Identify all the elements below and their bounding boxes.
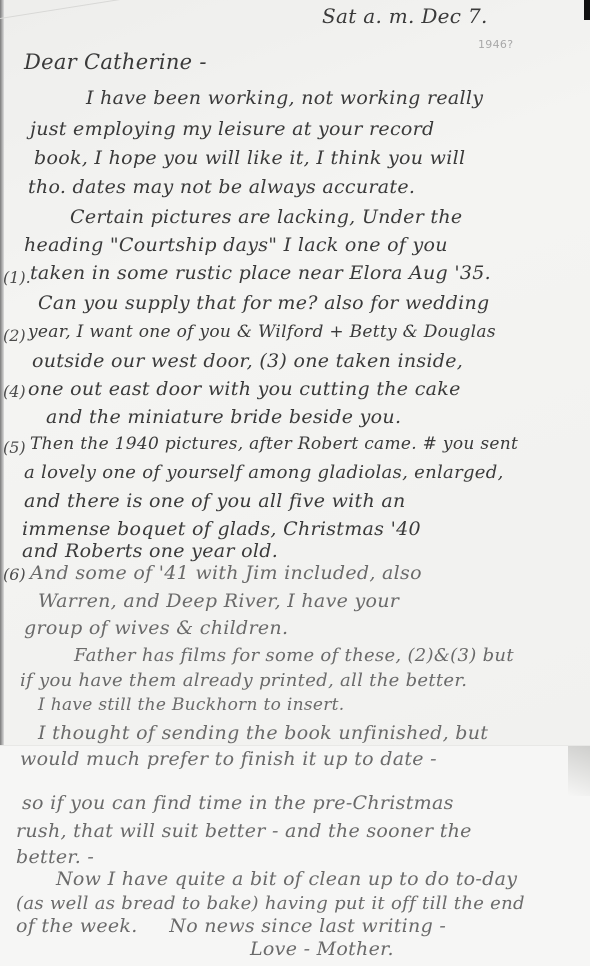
letter-line: one out east door with you cutting the c… xyxy=(28,378,461,400)
letter-line: if you have them already printed, all th… xyxy=(20,670,467,691)
letter-scan: Sat a. m. Dec 7. 1946? Dear Catherine - … xyxy=(0,0,590,966)
letter-line: Can you supply that for me? also for wed… xyxy=(38,292,489,314)
letter-line: immense boquet of glads, Christmas '40 xyxy=(22,518,421,540)
letter-line: outside our west door, (3) one taken ins… xyxy=(32,350,463,372)
letter-closing: Love - Mother. xyxy=(250,938,394,960)
letter-line: heading "Courtship days" I lack one of y… xyxy=(24,234,448,256)
letter-line: group of wives & children. xyxy=(24,617,288,639)
letter-line: Now I have quite a bit of clean up to do… xyxy=(56,868,517,890)
letter-line: rush, that will suit better - and the so… xyxy=(16,820,472,842)
letter-line: just employing my leisure at your record xyxy=(30,118,434,140)
letter-line: Then the 1940 pictures, after Robert cam… xyxy=(30,434,518,454)
item-marker: (1). xyxy=(3,268,31,287)
letter-line: year, I want one of you & Wilford + Bett… xyxy=(28,322,496,342)
item-marker: (6) xyxy=(3,565,26,584)
letter-line: of the week. No news since last writing … xyxy=(16,915,446,937)
date-line: Sat a. m. Dec 7. xyxy=(322,4,488,28)
letter-line: and the miniature bride beside you. xyxy=(46,406,401,428)
letter-line: book, I hope you will like it, I think y… xyxy=(34,147,465,169)
letter-line: and there is one of you all five with an xyxy=(24,490,406,512)
letter-line: (as well as bread to bake) having put it… xyxy=(16,893,525,914)
letter-line: Father has films for some of these, (2)&… xyxy=(74,645,514,666)
salutation: Dear Catherine - xyxy=(24,50,207,74)
letter-line: better. - xyxy=(16,846,94,868)
letter-line: so if you can find time in the pre-Chris… xyxy=(22,792,454,814)
item-marker: (5) xyxy=(3,438,26,457)
letter-line: taken in some rustic place near Elora Au… xyxy=(30,262,491,284)
letter-line: And some of '41 with Jim included, also xyxy=(30,562,422,584)
letter-line: a lovely one of yourself among gladiolas… xyxy=(24,462,504,483)
letter-line: and Roberts one year old. xyxy=(22,540,278,562)
letter-line: I thought of sending the book unfinished… xyxy=(38,722,488,744)
letter-line: tho. dates may not be always accurate. xyxy=(28,176,415,198)
letter-line: Certain pictures are lacking, Under the xyxy=(70,206,462,228)
letter-line: I have still the Buckhorn to insert. xyxy=(38,695,345,715)
item-marker: (2) xyxy=(3,326,26,345)
item-marker: (4) xyxy=(3,382,26,401)
letter-line: Warren, and Deep River, I have your xyxy=(38,590,399,612)
letter-line: would much prefer to finish it up to dat… xyxy=(20,748,437,770)
year-annotation: 1946? xyxy=(478,38,513,51)
letter-line: I have been working, not working really xyxy=(86,87,483,109)
